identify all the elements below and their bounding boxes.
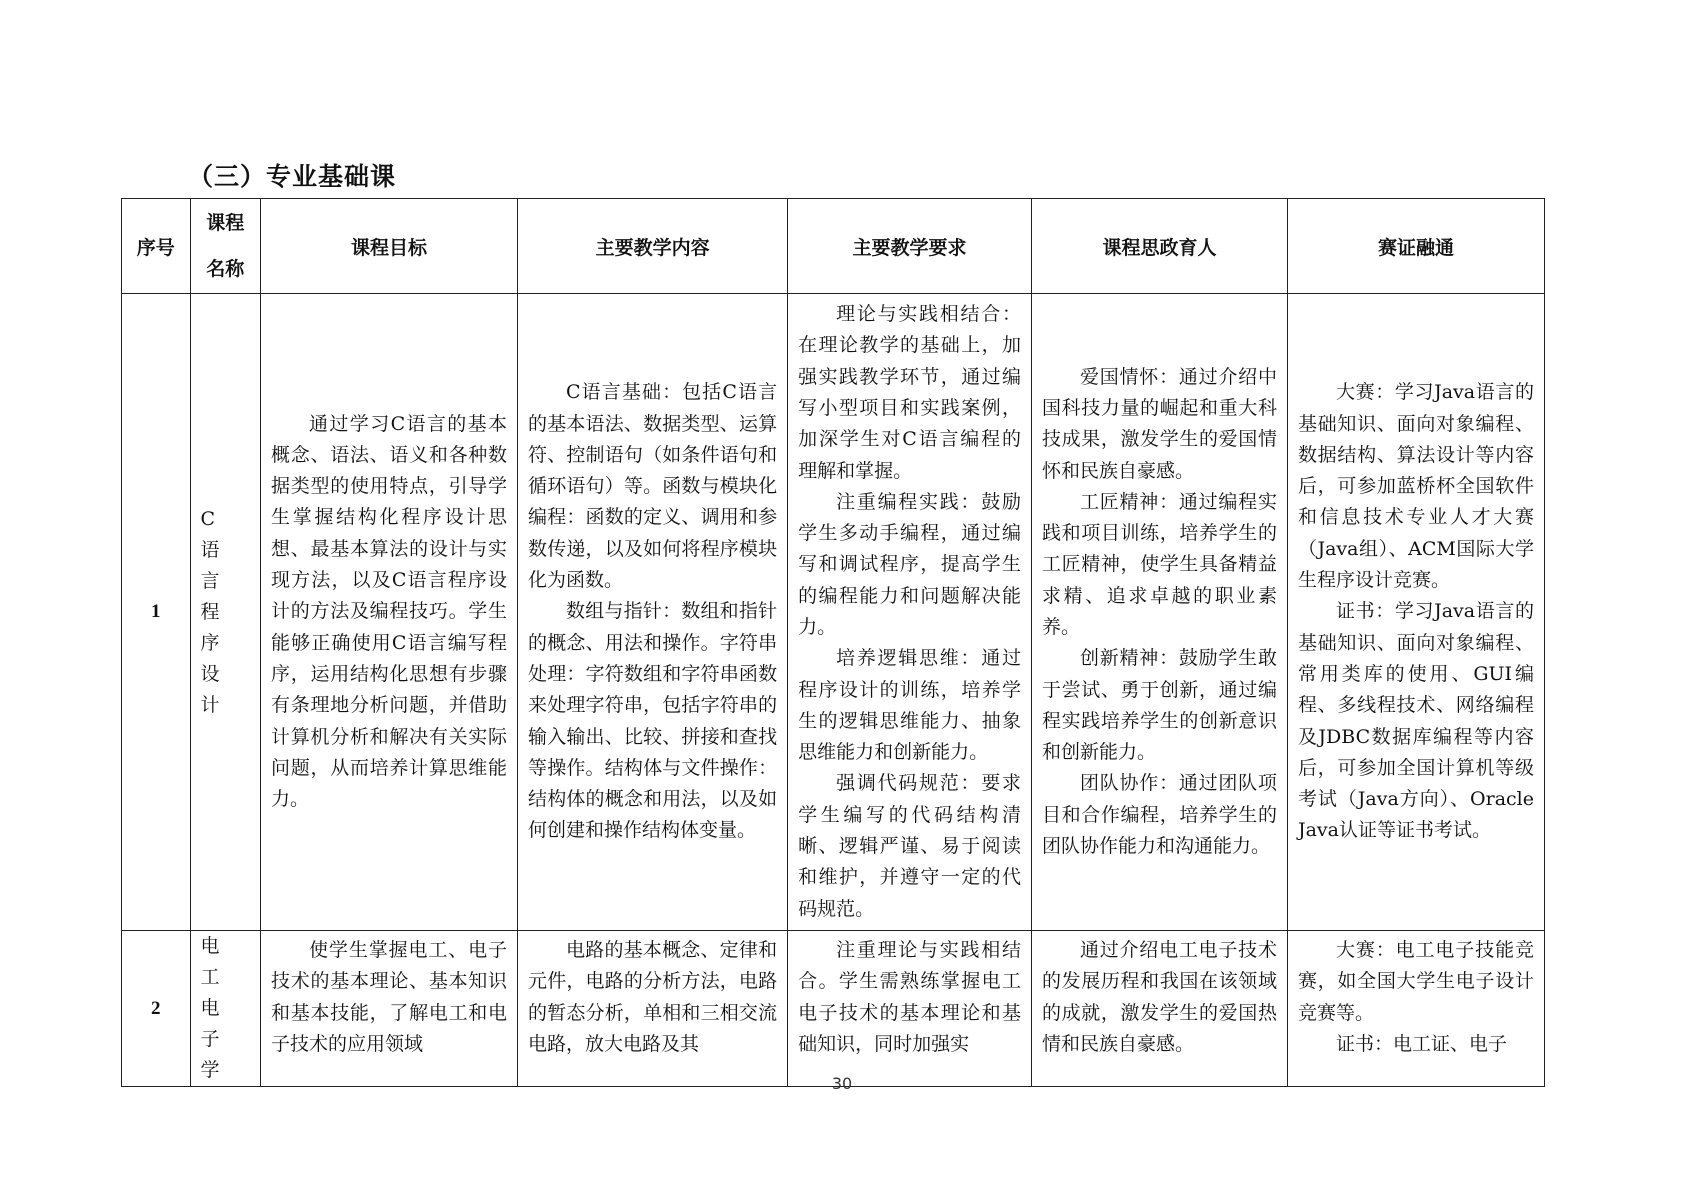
competition-paragraph: 大赛：电工电子技能竞赛，如全国大学生电子设计竞赛等。 <box>1298 935 1534 1029</box>
competition-paragraph: 证书：电工证、电子 <box>1298 1029 1534 1060</box>
header-course-name-line2: 名称 <box>191 246 261 292</box>
requirement-paragraph: 理论与实践相结合：在理论教学的基础上，加强实践教学环节，通过编写小型项目和实践案… <box>798 299 1021 487</box>
table-header-row: 序号 课程 名称 课程目标 主要教学内容 主要教学要求 课程思政育人 赛证融通 <box>122 199 1545 294</box>
course-name: C 语言程序设计 <box>190 294 261 931</box>
page-number: 30 <box>0 1074 1684 1093</box>
table-row: 1 C 语言程序设计 通过学习C语言的基本概念、语法、语义和各种数据类型的使用特… <box>122 294 1545 931</box>
course-objective: 通过学习C语言的基本概念、语法、语义和各种数据类型的使用特点，引导学生掌握结构化… <box>261 294 518 931</box>
competition-paragraph: 大赛：学习Java语言的基础知识、面向对象编程、数据结构、算法设计等内容后，可参… <box>1298 377 1534 596</box>
course-competition: 大赛：电工电子技能竞赛，如全国大学生电子设计竞赛等。 证书：电工证、电子 <box>1287 931 1544 1087</box>
header-course-name: 课程 名称 <box>190 199 261 294</box>
course-content: C语言基础：包括C语言的基本语法、数据类型、运算符、控制语句（如条件语句和循环语… <box>518 294 788 931</box>
requirement-paragraph: 培养逻辑思维：通过程序设计的训练，培养学生的逻辑思维能力、抽象思维能力和创新能力… <box>798 643 1021 768</box>
ideology-paragraph: 创新精神：鼓励学生敢于尝试、勇于创新，通过编程实践培养学生的创新意识和创新能力。 <box>1042 643 1277 768</box>
table-row: 2 电工电子学 使学生掌握电工、电子技术的基本理论、基本知识和基本技能，了解电工… <box>122 931 1545 1087</box>
requirement-paragraph: 强调代码规范：要求学生编写的代码结构清晰、逻辑严谨、易于阅读和维护，并遵守一定的… <box>798 768 1021 924</box>
ideology-paragraph: 爱国情怀：通过介绍中国科技力量的崛起和重大科技成果，激发学生的爱国情怀和民族自豪… <box>1042 362 1277 487</box>
course-objective: 使学生掌握电工、电子技术的基本理论、基本知识和基本技能，了解电工和电子技术的应用… <box>261 931 518 1087</box>
objective-paragraph: 使学生掌握电工、电子技术的基本理论、基本知识和基本技能，了解电工和电子技术的应用… <box>271 935 507 1060</box>
content-paragraph: 电路的基本概念、定律和元件，电路的分析方法，电路的暂态分析，单相和三相交流电路，… <box>528 935 777 1060</box>
course-content: 电路的基本概念、定律和元件，电路的分析方法，电路的暂态分析，单相和三相交流电路，… <box>518 931 788 1087</box>
requirement-paragraph: 注重理论与实践相结合。学生需熟练掌握电工电子技术的基本理论和基础知识，同时加强实 <box>798 935 1021 1060</box>
row-index: 1 <box>122 294 191 931</box>
requirement-paragraph: 注重编程实践：鼓励学生多动手编程，通过编写和调试程序，提高学生的编程能力和问题解… <box>798 487 1021 643</box>
content-paragraph: C语言基础：包括C语言的基本语法、数据类型、运算符、控制语句（如条件语句和循环语… <box>528 377 777 596</box>
course-competition: 大赛：学习Java语言的基础知识、面向对象编程、数据结构、算法设计等内容后，可参… <box>1287 294 1544 931</box>
header-course-name-line1: 课程 <box>191 200 261 246</box>
header-competition: 赛证融通 <box>1287 199 1544 294</box>
course-ideology: 通过介绍电工电子技术的发展历程和我国在该领域的成就，激发学生的爱国热情和民族自豪… <box>1031 931 1287 1087</box>
competition-paragraph: 证书：学习Java语言的基础知识、面向对象编程、常用类库的使用、GUI编程、多线… <box>1298 596 1534 846</box>
header-objective: 课程目标 <box>261 199 518 294</box>
content-paragraph: 数组与指针：数组和指针的概念、用法和操作。字符串处理：字符数组和字符串函数来处理… <box>528 596 777 846</box>
row-index: 2 <box>122 931 191 1087</box>
objective-paragraph: 通过学习C语言的基本概念、语法、语义和各种数据类型的使用特点，引导学生掌握结构化… <box>271 409 507 816</box>
course-ideology: 爱国情怀：通过介绍中国科技力量的崛起和重大科技成果，激发学生的爱国情怀和民族自豪… <box>1031 294 1287 931</box>
course-requirements: 注重理论与实践相结合。学生需熟练掌握电工电子技术的基本理论和基础知识，同时加强实 <box>788 931 1032 1087</box>
course-table: 序号 课程 名称 课程目标 主要教学内容 主要教学要求 课程思政育人 赛证融通 … <box>121 198 1545 1087</box>
header-requirements: 主要教学要求 <box>788 199 1032 294</box>
ideology-paragraph: 工匠精神：通过编程实践和项目训练，培养学生的工匠精神，使学生具备精益求精、追求卓… <box>1042 487 1277 643</box>
section-title: （三）专业基础课 <box>188 157 396 193</box>
header-content: 主要教学内容 <box>518 199 788 294</box>
course-requirements: 理论与实践相结合：在理论教学的基础上，加强实践教学环节，通过编写小型项目和实践案… <box>788 294 1032 931</box>
header-ideology: 课程思政育人 <box>1031 199 1287 294</box>
course-name: 电工电子学 <box>190 931 261 1087</box>
ideology-paragraph: 团队协作：通过团队项目和合作编程，培养学生的团队协作能力和沟通能力。 <box>1042 768 1277 862</box>
ideology-paragraph: 通过介绍电工电子技术的发展历程和我国在该领域的成就，激发学生的爱国热情和民族自豪… <box>1042 935 1277 1060</box>
header-index: 序号 <box>122 199 191 294</box>
